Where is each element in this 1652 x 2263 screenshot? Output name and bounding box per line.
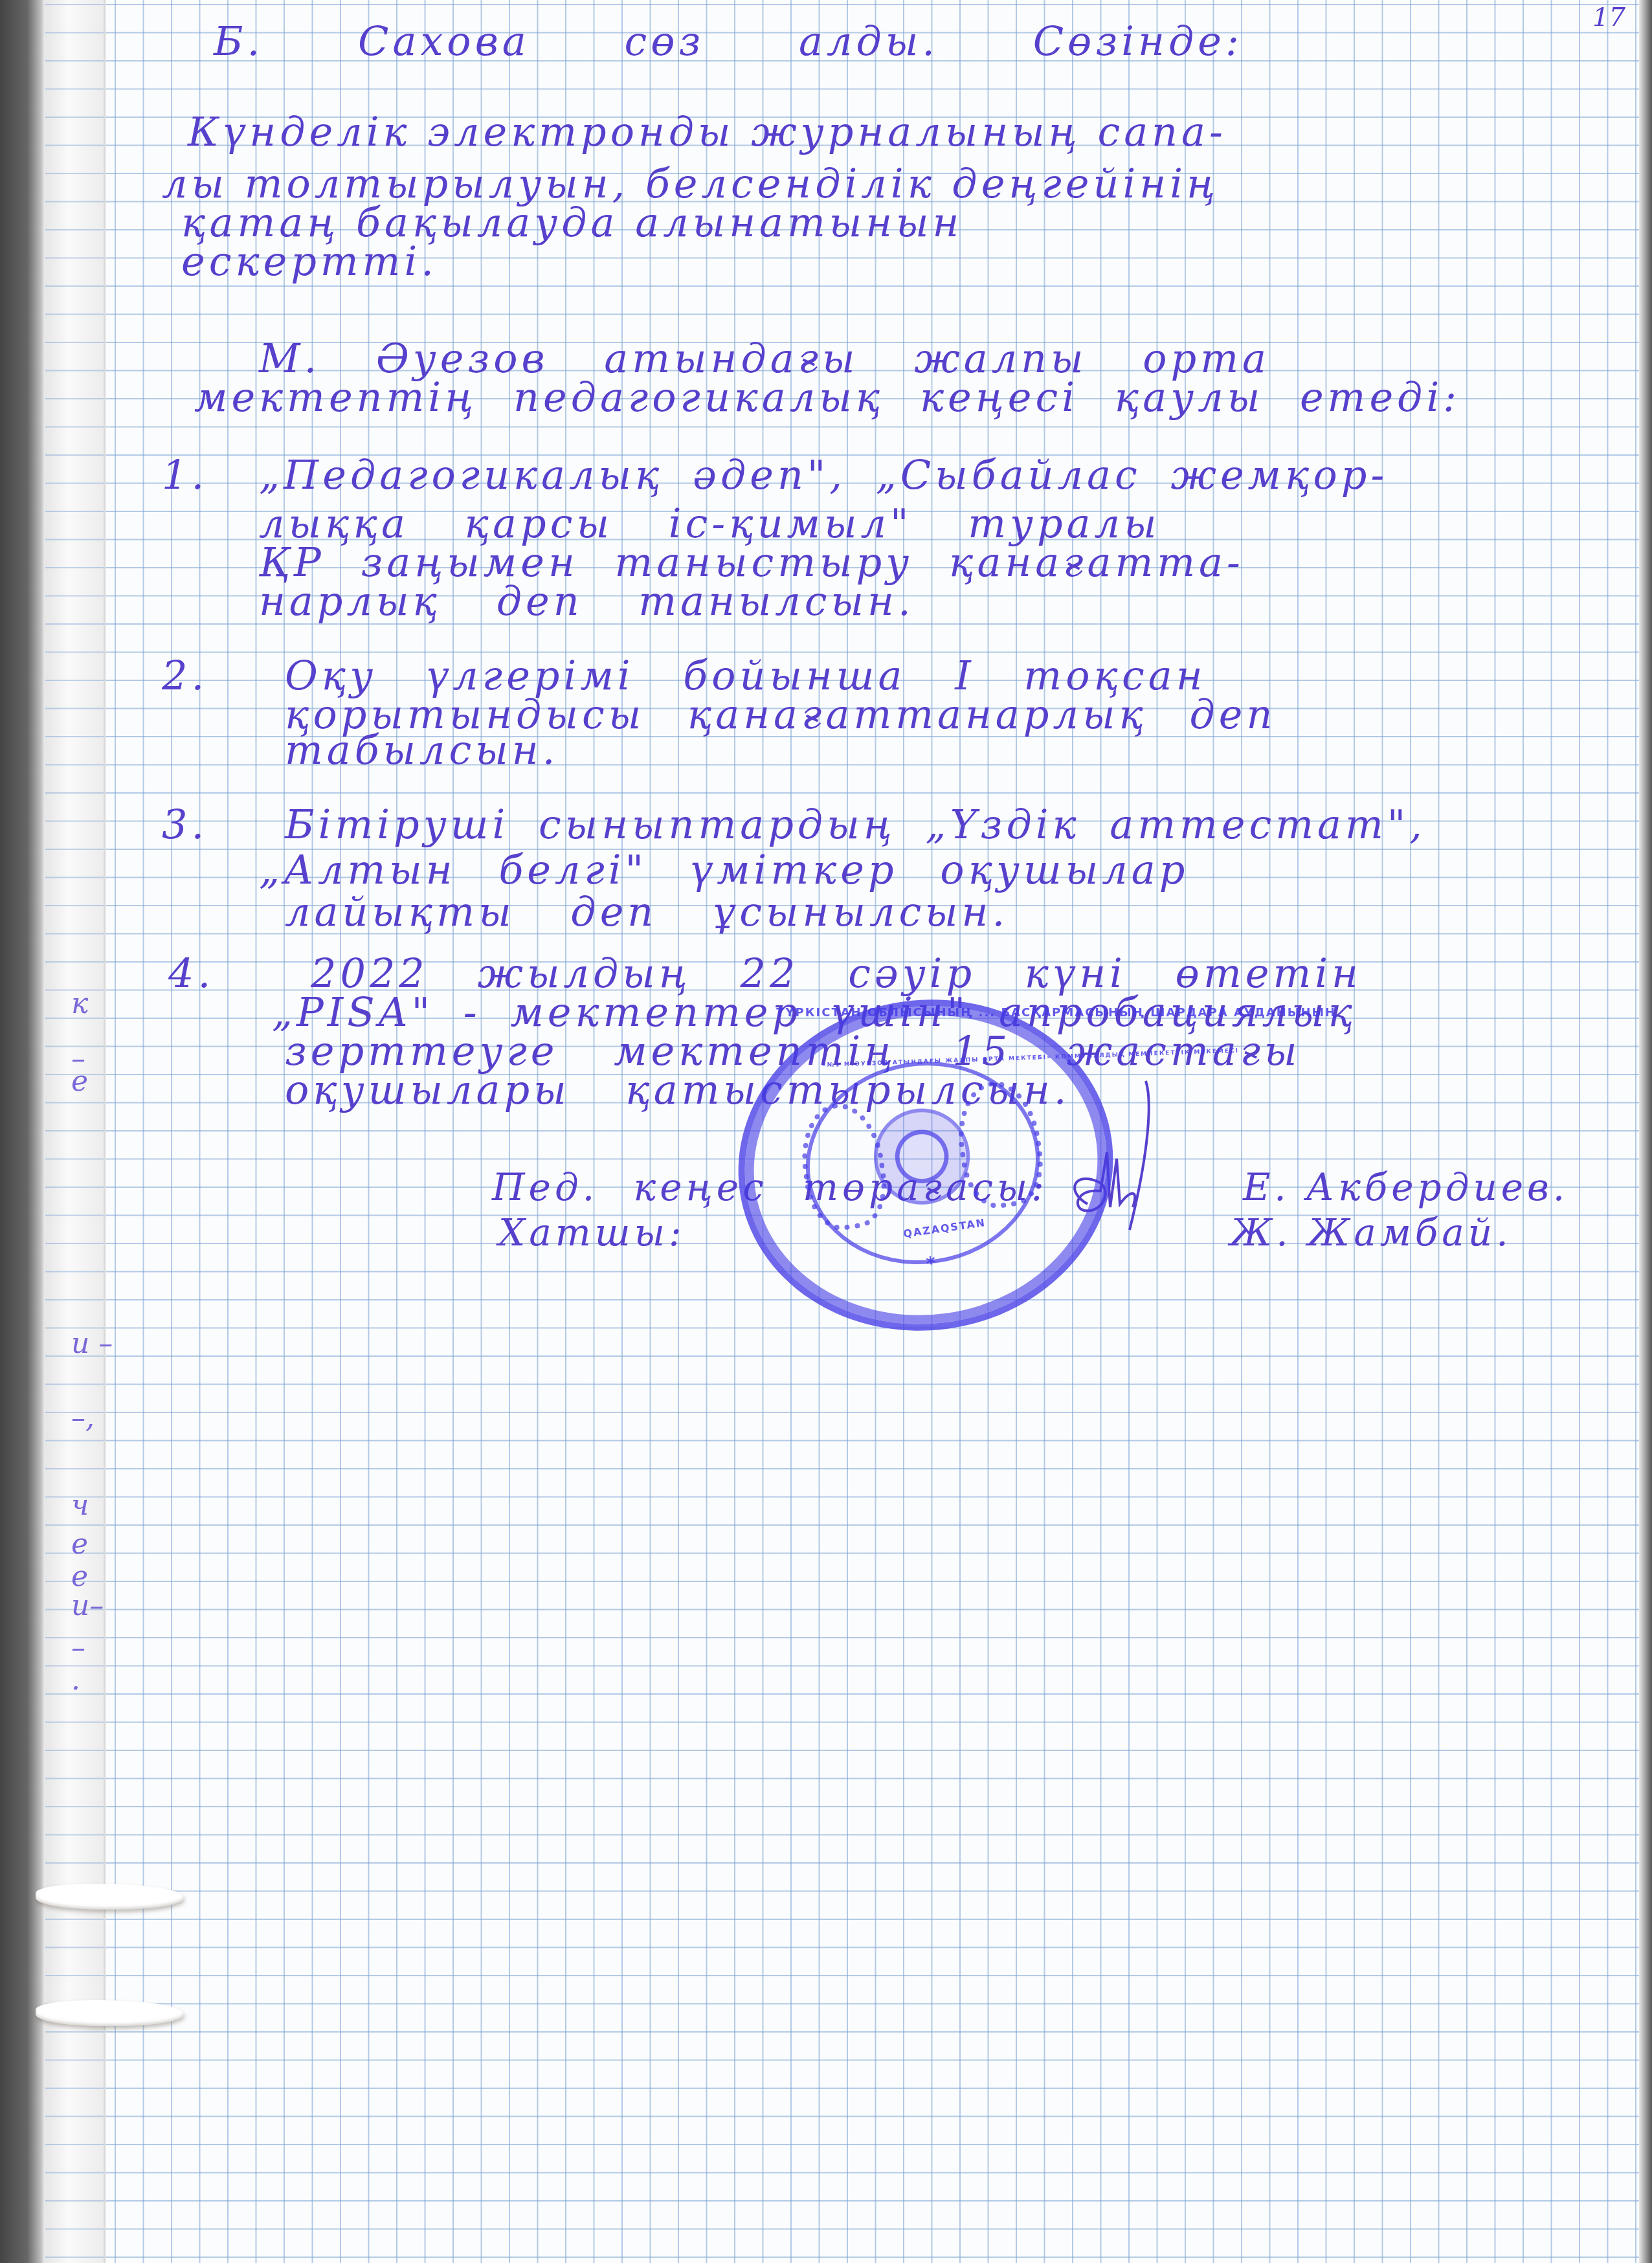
margin-mark: е bbox=[71, 1528, 88, 1561]
secretary-name: Ж. Жамбай. bbox=[1230, 1204, 1512, 1261]
staple-tear-bottom bbox=[36, 2000, 184, 2026]
margin-mark: – bbox=[71, 1631, 85, 1664]
speaker-heading: Б. Сахова сөз алды. Сөзінде: bbox=[214, 13, 1243, 70]
secretary-label: Хатшы: bbox=[498, 1204, 686, 1261]
page-right-edge bbox=[1639, 0, 1652, 2263]
stamp-outer-text: ТҮРКІСТАН ОБЛЫСЫНЫҢ ... БАСҚАРМАСЫНЫҢ ША… bbox=[776, 1006, 1337, 1020]
left-margin-grid bbox=[45, 0, 104, 2263]
speaker-line: Күнделік электронды журналының сапа- bbox=[188, 104, 1625, 161]
item-number: 4. bbox=[168, 945, 214, 1002]
speaker-line: ескертті. bbox=[181, 233, 438, 290]
margin-mark: –, bbox=[71, 1401, 95, 1434]
staple-tear-top bbox=[36, 1884, 184, 1910]
margin-mark: е bbox=[71, 1560, 88, 1593]
margin-mark: ч bbox=[71, 1489, 89, 1522]
notebook-binding bbox=[0, 0, 45, 2263]
stamp-country-text: QAZAQSTAN bbox=[902, 1216, 987, 1240]
margin-mark: е bbox=[71, 1065, 88, 1098]
item-line: нарлық деп танылсын. bbox=[259, 573, 915, 630]
margin-mark: к bbox=[71, 987, 88, 1020]
item-line: лайықты деп ұсынылсын. bbox=[285, 884, 1009, 941]
stamp-inner-ring: «№1 М.ӘУЕЗОВ АТЫНДАҒЫ ЖАЛПЫ ОРТА МЕКТЕБІ… bbox=[793, 1047, 1053, 1279]
margin-mark: . bbox=[71, 1664, 80, 1697]
resolution-intro-line: мектептің педагогикалық кеңесі қаулы ете… bbox=[194, 369, 1460, 426]
item-number: 1. bbox=[162, 447, 208, 504]
margin-mark: и – bbox=[71, 1327, 113, 1360]
item-line: табылсын. bbox=[285, 722, 559, 779]
margin-mark: и– bbox=[71, 1589, 104, 1622]
page-number: 17 bbox=[1592, 3, 1625, 32]
item-number: 2. bbox=[162, 647, 208, 704]
item-number: 3. bbox=[162, 796, 208, 853]
